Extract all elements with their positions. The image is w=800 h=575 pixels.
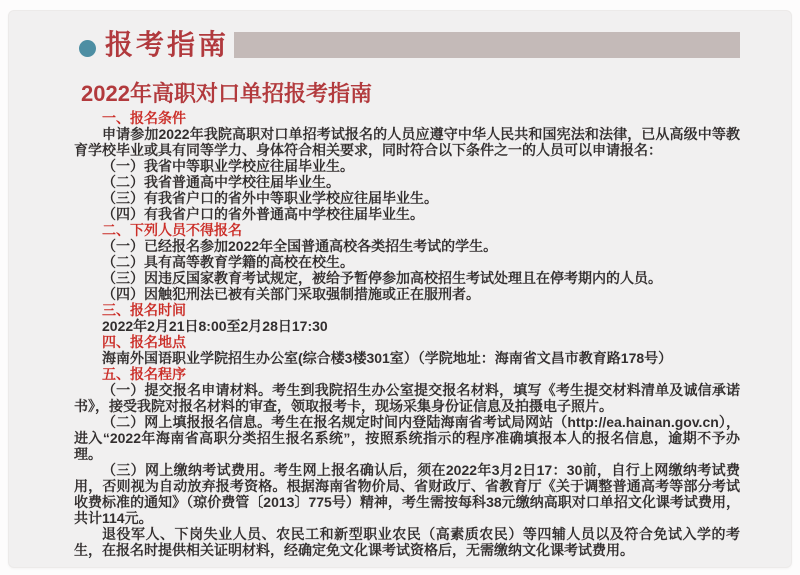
paragraph: 申请参加2022年我院高职对口单招考试报名的人员应遵守中华人民共和国宪法和法律，… <box>74 126 740 158</box>
section-heading: 一、报名条件 <box>74 110 740 126</box>
paragraph: （四）因触犯刑法已被有关部门采取强制措施或正在服刑者。 <box>74 286 740 302</box>
section-heading: 五、报名程序 <box>74 366 740 382</box>
paragraph: （一）已经报名参加2022年全国普通高校各类招生考试的学生。 <box>74 238 740 254</box>
circle-bullet-icon <box>79 40 96 57</box>
content-area: 一、报名条件申请参加2022年我院高职对口单招考试报名的人员应遵守中华人民共和国… <box>74 110 740 558</box>
paragraph: （三）因违反国家教育考试规定，被给予暂停参加高校招生考试处理且在停考期内的人员。 <box>74 270 740 286</box>
header-section-label: 报考指南 <box>105 23 229 63</box>
page-title: 2022年高职对口单招报考指南 <box>81 77 372 108</box>
paragraph: 2022年2月21日8:00至2月28日17:30 <box>74 318 740 334</box>
paragraph: （一）提交报名申请材料。考生到我院招生办公室提交报名材料，填写《考生提交材料清单… <box>74 382 740 414</box>
paragraph: （二）我省普通高中学校往届毕业生。 <box>74 174 740 190</box>
section-heading: 四、报名地点 <box>74 334 740 350</box>
paragraph: （二）具有高等教育学籍的高校在校生。 <box>74 254 740 270</box>
section-heading: 二、下列人员不得报名 <box>74 222 740 238</box>
paragraph: （三）有我省户口的省外中等职业学校应往届毕业生。 <box>74 190 740 206</box>
paragraph: 退役军人、下岗失业人员、农民工和新型职业农民（高素质农民）等四辅人员以及符合免试… <box>74 526 740 558</box>
paragraph: （三）网上缴纳考试费用。考生网上报名确认后，须在2022年3月2日17：30前，… <box>74 462 740 526</box>
document-page: 报考指南 2022年高职对口单招报考指南 一、报名条件申请参加2022年我院高职… <box>8 10 792 568</box>
paragraph: （二）网上填报报名信息。考生在报名规定时间内登陆海南省考试局网站（http://… <box>74 414 740 462</box>
paragraph: （四）有我省户口的省外普通高中学校往届毕业生。 <box>74 206 740 222</box>
header-decorative-bar <box>234 32 740 58</box>
paragraph: 海南外国语职业学院招生办公室(综合楼3楼301室）（学院地址：海南省文昌市教育路… <box>74 350 740 366</box>
section-heading: 三、报名时间 <box>74 302 740 318</box>
paragraph: （一）我省中等职业学校应往届毕业生。 <box>74 158 740 174</box>
